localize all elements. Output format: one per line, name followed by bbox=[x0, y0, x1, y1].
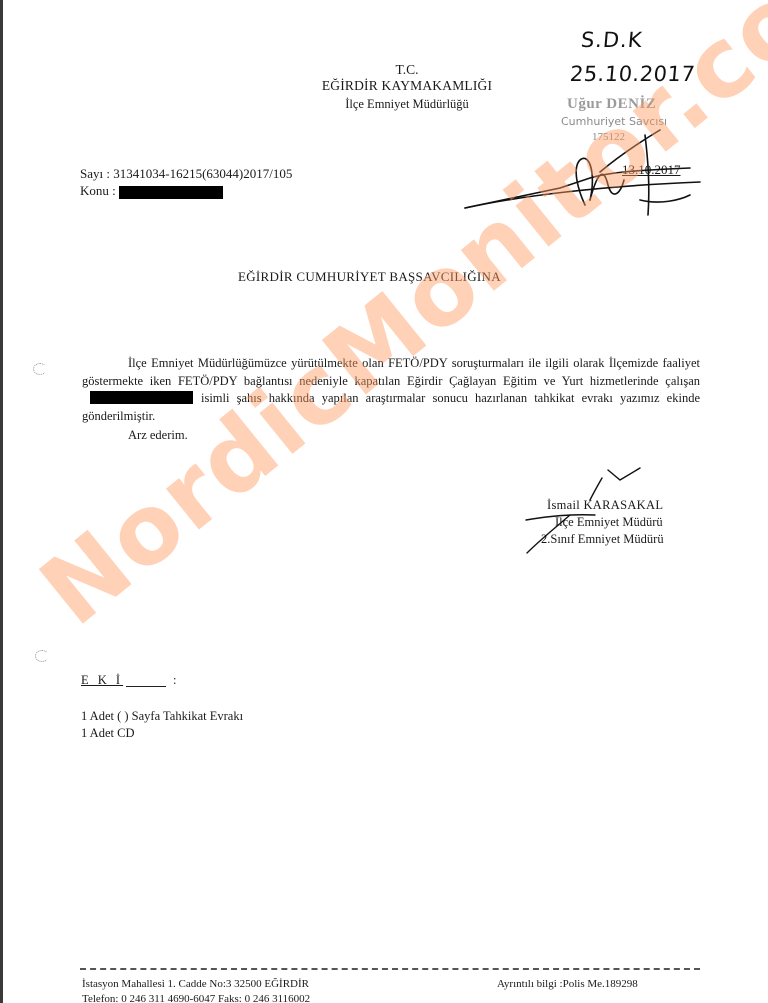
stamp-name: Uğur DENİZ bbox=[567, 96, 656, 113]
body-paragraph: İlçe Emniyet Müdürlüğümüzce yürütülmekte… bbox=[82, 355, 700, 425]
attachment-item: 1 Adet CD bbox=[81, 726, 134, 741]
closing-phrase: Arz ederim. bbox=[128, 428, 188, 443]
subject-line: Konu : bbox=[80, 183, 223, 199]
footer-address: İstasyon Mahallesi 1. Cadde No:3 32500 E… bbox=[82, 978, 309, 990]
konu-label: Konu : bbox=[80, 183, 116, 198]
footer-phone: Telefon: 0 246 311 4690-6047 Faks: 0 246… bbox=[82, 993, 310, 1003]
subject-redaction bbox=[119, 186, 223, 199]
attachments-underline bbox=[126, 686, 166, 687]
stamp-id: 175122 bbox=[592, 131, 625, 143]
sayi-label: Sayı : bbox=[80, 166, 110, 181]
letterhead-department: İlçe Emniyet Müdürlüğü bbox=[277, 96, 537, 112]
signatory-name: İsmail KARASAKAL bbox=[547, 497, 663, 514]
stamp-title: Cumhuriyet Savcısı bbox=[561, 115, 667, 128]
footer-contact-info: Ayrıntılı bilgi :Polis Me.189298 bbox=[497, 978, 638, 990]
punch-hole-mark bbox=[35, 650, 49, 662]
letterhead-tc: T.C. bbox=[277, 62, 537, 78]
handwritten-date: 25.10.2017 bbox=[569, 62, 696, 86]
letterhead-institution: EĞİRDİR KAYMAKAMLIĞI bbox=[277, 78, 537, 94]
footer-divider bbox=[80, 968, 700, 970]
name-redaction bbox=[90, 391, 193, 404]
page-edge bbox=[0, 0, 3, 1003]
attachment-item: 1 Adet ( ) Sayfa Tahkikat Evrakı bbox=[81, 709, 243, 724]
punch-hole-mark bbox=[33, 363, 47, 375]
signatory-title: İlçe Emniyet Müdürü bbox=[555, 514, 663, 531]
signature-date: 13.10.2017 bbox=[622, 162, 681, 178]
body-text-part1: İlçe Emniyet Müdürlüğümüzce yürütülmekte… bbox=[82, 356, 700, 388]
handwritten-initials: S.D.K bbox=[580, 28, 644, 52]
attachments-colon: : bbox=[173, 673, 176, 688]
addressee: EĞİRDİR CUMHURİYET BAŞSAVCILIĞINA bbox=[238, 269, 501, 285]
sayi-value: 31341034-16215(63044)2017/105 bbox=[113, 166, 292, 181]
reference-number: Sayı : 31341034-16215(63044)2017/105 bbox=[80, 166, 292, 182]
attachments-label: E K İ bbox=[81, 673, 123, 688]
signatory-rank: 2.Sınıf Emniyet Müdürü bbox=[541, 531, 664, 548]
